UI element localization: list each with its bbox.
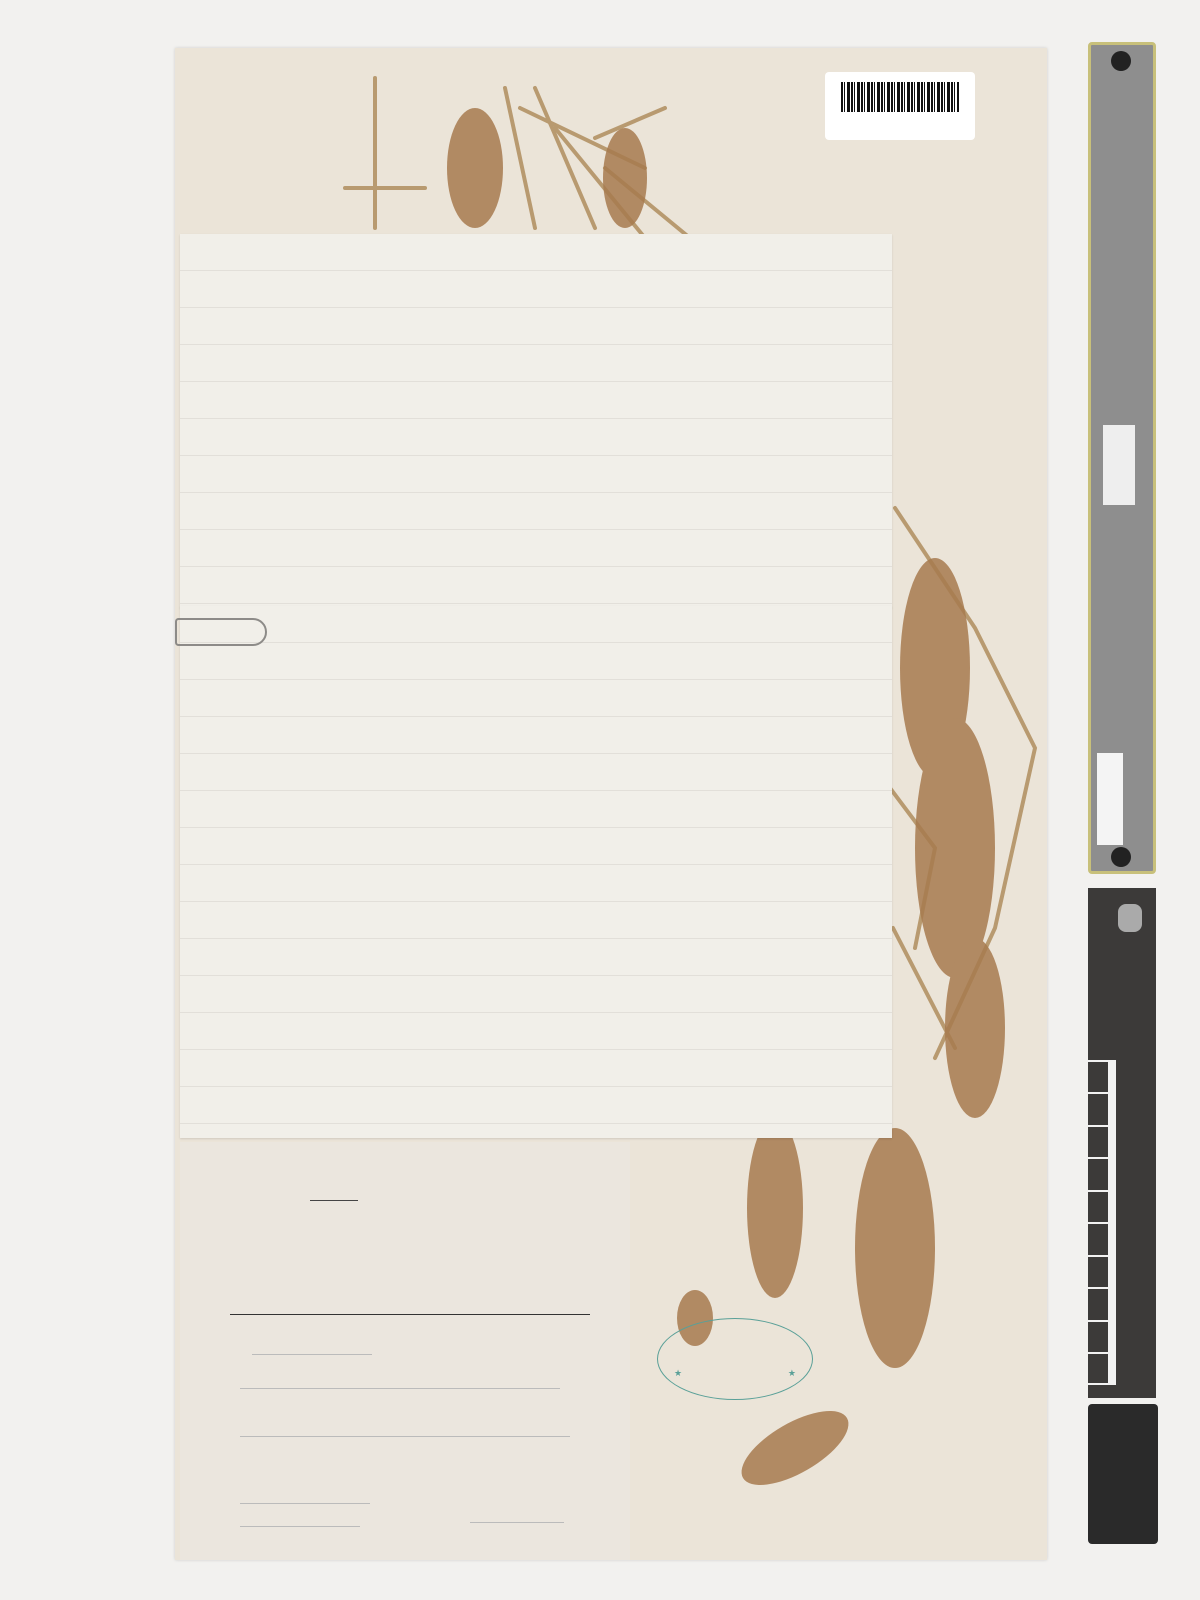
registration-dot [1111, 51, 1131, 71]
divider [230, 1314, 590, 1315]
paperclip [175, 618, 267, 646]
calibration-code [1097, 753, 1123, 845]
rule [240, 1526, 360, 1527]
barcode [841, 82, 959, 112]
registration-dot [1111, 847, 1131, 867]
star-icon: ★ [674, 1369, 682, 1379]
herbarium-sheet: ★ ★ [175, 48, 1047, 1560]
rule [470, 1522, 564, 1523]
determination-slip [861, 1374, 1051, 1514]
rule [240, 1503, 370, 1504]
cm-numbers [1116, 1060, 1134, 1398]
description-note-page-1 [180, 234, 892, 608]
star-icon: ★ [788, 1369, 796, 1379]
handwritten-description [180, 234, 892, 248]
divider [310, 1200, 358, 1201]
density-scale-insert [1103, 425, 1135, 505]
color-calibration-bar [1088, 42, 1156, 874]
cm-ruler [1088, 1060, 1116, 1385]
kew-crest-icon [1118, 904, 1142, 932]
rule [252, 1354, 372, 1355]
color-checker [1088, 1404, 1158, 1544]
barcode-label [825, 72, 975, 140]
handwritten-synonymy [180, 606, 892, 636]
kew-accession-stamp: ★ ★ [657, 1318, 813, 1400]
rule [240, 1388, 560, 1389]
rule [240, 1436, 570, 1437]
description-note-page-2 [180, 606, 892, 1138]
kew-scale-bar [1088, 888, 1156, 1398]
herbarium-label [180, 1142, 630, 1560]
